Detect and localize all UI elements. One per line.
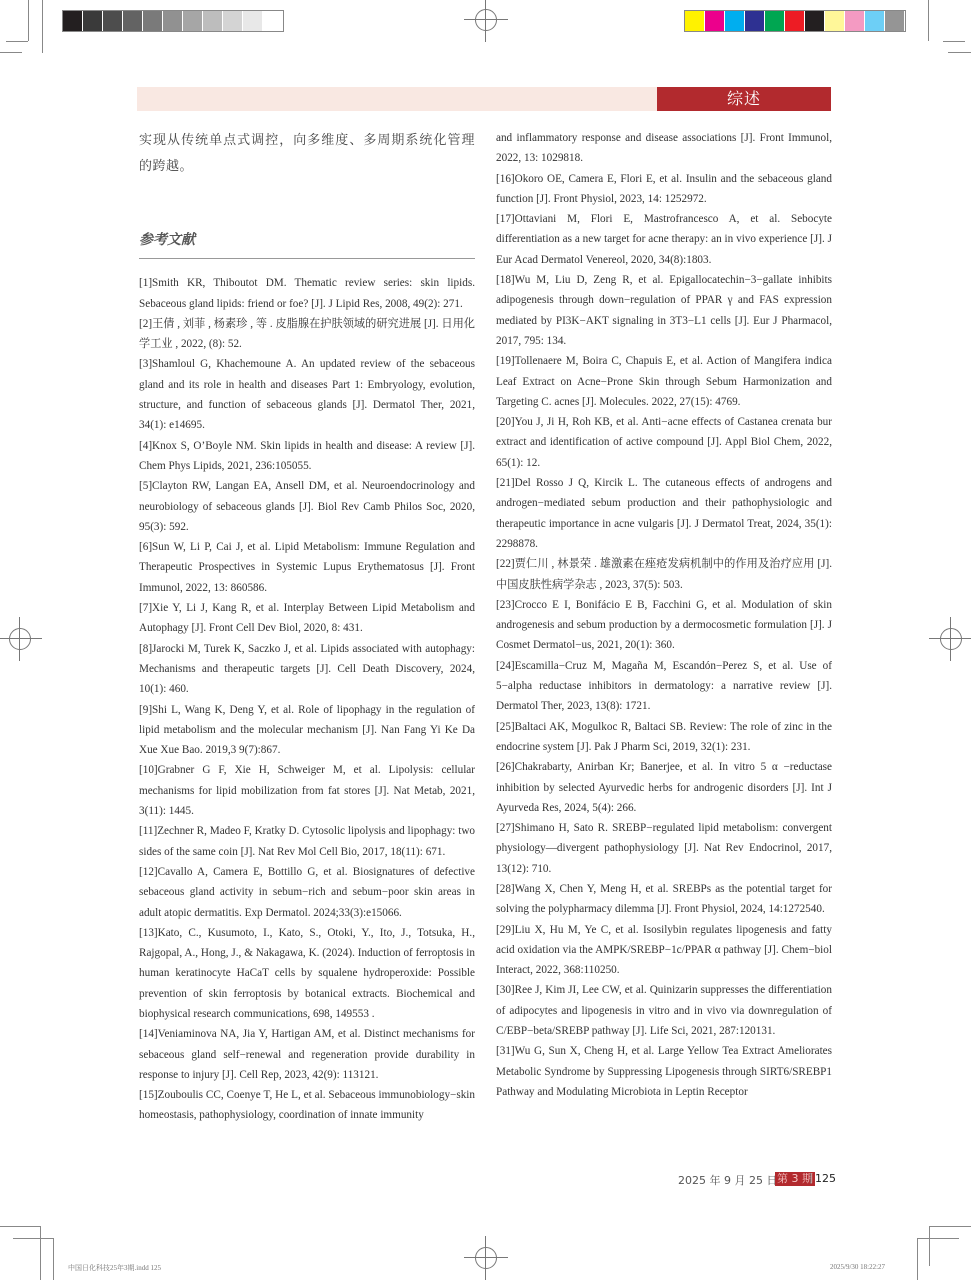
color-swatch — [685, 11, 705, 31]
color-swatch — [223, 11, 243, 31]
publication-date: 2025 年 9 月 25 日 — [678, 1172, 777, 1188]
color-swatch — [865, 11, 885, 31]
color-swatch — [103, 11, 123, 31]
color-swatch — [243, 11, 263, 31]
left-column: 实现从传统单点式调控，向多维度、多周期系统化管理的跨越。 参考文献 [1]Smi… — [139, 128, 475, 1126]
color-swatch — [705, 11, 725, 31]
reference-list-right: and inflammatory response and disease as… — [496, 128, 832, 1102]
crop-mark — [0, 52, 22, 53]
reference-item: [9]Shi L, Wang K, Deng Y, et al. Role of… — [139, 700, 475, 761]
reference-item: [25]Baltaci AK, Mogulkoc R, Baltaci SB. … — [496, 717, 832, 758]
right-column: and inflammatory response and disease as… — [496, 128, 832, 1102]
page-number: 125 — [815, 1172, 836, 1185]
crop-mark — [28, 0, 29, 41]
reference-list-left: [1]Smith KR, Thiboutot DM. Thematic revi… — [139, 273, 475, 1125]
color-swatch — [725, 11, 745, 31]
reference-item: [14]Veniaminova NA, Jia Y, Hartigan AM, … — [139, 1024, 475, 1085]
crop-mark — [929, 1226, 930, 1266]
color-swatch — [183, 11, 203, 31]
crop-mark — [0, 1226, 40, 1227]
reference-item: [6]Sun W, Li P, Cai J, et al. Lipid Meta… — [139, 537, 475, 598]
color-swatch — [203, 11, 223, 31]
crop-mark — [928, 0, 929, 41]
crop-mark — [6, 41, 28, 42]
reference-item: [31]Wu G, Sun X, Cheng H, et al. Large Y… — [496, 1041, 832, 1102]
reference-item: [20]You J, Ji H, Roh KB, et al. Anti−acn… — [496, 412, 832, 473]
references-heading: 参考文献 — [139, 230, 475, 259]
color-swatch — [143, 11, 163, 31]
registration-mark-left — [0, 617, 42, 661]
reference-item: [12]Cavallo A, Camera E, Bottillo G, et … — [139, 862, 475, 923]
reference-item: [5]Clayton RW, Langan EA, Ansell DM, et … — [139, 476, 475, 537]
slug-timestamp: 2025/9/30 18:22:27 — [830, 1263, 885, 1271]
reference-item: [1]Smith KR, Thiboutot DM. Thematic revi… — [139, 273, 475, 314]
registration-mark-bottom — [464, 1236, 508, 1280]
reference-item: [3]Shamloul G, Khachemoune A. An updated… — [139, 354, 475, 435]
reference-item: [28]Wang X, Chen Y, Meng H, et al. SREBP… — [496, 879, 832, 920]
registration-mark-right — [929, 617, 971, 661]
reference-item: [21]Del Rosso J Q, Kircik L. The cutaneo… — [496, 473, 832, 554]
slug-file-info: 中国日化科技25年3期.indd 125 — [68, 1263, 161, 1273]
crop-mark — [929, 1226, 971, 1227]
reference-item: [17]Ottaviani M, Flori E, Mastrofrancesc… — [496, 209, 832, 270]
color-swatch — [745, 11, 765, 31]
reference-item: [27]Shimano H, Sato R. SREBP−regulated l… — [496, 818, 832, 879]
color-swatch — [885, 11, 905, 31]
color-swatch — [825, 11, 845, 31]
grayscale-color-bar — [62, 10, 284, 32]
reference-item: [26]Chakrabarty, Anirban Kr; Banerjee, e… — [496, 757, 832, 818]
crop-mark — [917, 1238, 918, 1280]
page-separator: | — [809, 1171, 813, 1184]
intro-paragraph: 实现从传统单点式调控，向多维度、多周期系统化管理的跨越。 — [139, 128, 475, 180]
section-label: 综述 — [657, 87, 831, 111]
crop-mark — [948, 52, 971, 53]
reference-item: [8]Jarocki M, Turek K, Saczko J, et al. … — [139, 639, 475, 700]
color-swatch — [63, 11, 83, 31]
header-band — [137, 87, 657, 111]
reference-item: [23]Crocco E I, Bonifácio E B, Facchini … — [496, 595, 832, 656]
color-swatch — [83, 11, 103, 31]
color-swatch — [123, 11, 143, 31]
crop-mark — [42, 0, 43, 53]
color-swatch — [785, 11, 805, 31]
reference-item: [2]王倩 , 刘菲 , 杨素珍 , 等 . 皮脂腺在护肤领域的研究进展 [J]… — [139, 314, 475, 355]
color-swatch — [845, 11, 865, 31]
reference-item: [18]Wu M, Liu D, Zeng R, et al. Epigallo… — [496, 270, 832, 351]
reference-item: [11]Zechner R, Madeo F, Kratky D. Cytoso… — [139, 821, 475, 862]
color-swatch — [765, 11, 785, 31]
reference-item: [16]Okoro OE, Camera E, Flori E, et al. … — [496, 169, 832, 210]
crop-mark — [13, 1238, 53, 1239]
reference-item: [30]Ree J, Kim JI, Lee CW, et al. Quiniz… — [496, 980, 832, 1041]
reference-item: [15]Zouboulis CC, Coenye T, He L, et al.… — [139, 1085, 475, 1126]
crop-mark — [943, 41, 965, 42]
color-swatch — [163, 11, 183, 31]
reference-item: [7]Xie Y, Li J, Kang R, et al. Interplay… — [139, 598, 475, 639]
reference-item: [22]贾仁川 , 林景荣 . 雄激素在痤疮发病机制中的作用及治疗应用 [J].… — [496, 554, 832, 595]
color-swatch — [263, 11, 283, 31]
process-color-bar — [684, 10, 906, 32]
crop-mark — [917, 1238, 959, 1239]
crop-mark — [40, 1226, 41, 1280]
reference-item: [13]Kato, C., Kusumoto, I., Kato, S., Ot… — [139, 923, 475, 1024]
reference-item: and inflammatory response and disease as… — [496, 128, 832, 169]
crop-mark — [53, 1238, 54, 1280]
reference-item: [29]Liu X, Hu M, Ye C, et al. Isosilybin… — [496, 920, 832, 981]
reference-item: [4]Knox S, O’Boyle NM. Skin lipids in he… — [139, 436, 475, 477]
reference-item: [19]Tollenaere M, Boira C, Chapuis E, et… — [496, 351, 832, 412]
reference-item: [10]Grabner G F, Xie H, Schweiger M, et … — [139, 760, 475, 821]
registration-mark-top — [464, 0, 508, 42]
color-swatch — [805, 11, 825, 31]
reference-item: [24]Escamilla−Cruz M, Magaña M, Escandón… — [496, 656, 832, 717]
